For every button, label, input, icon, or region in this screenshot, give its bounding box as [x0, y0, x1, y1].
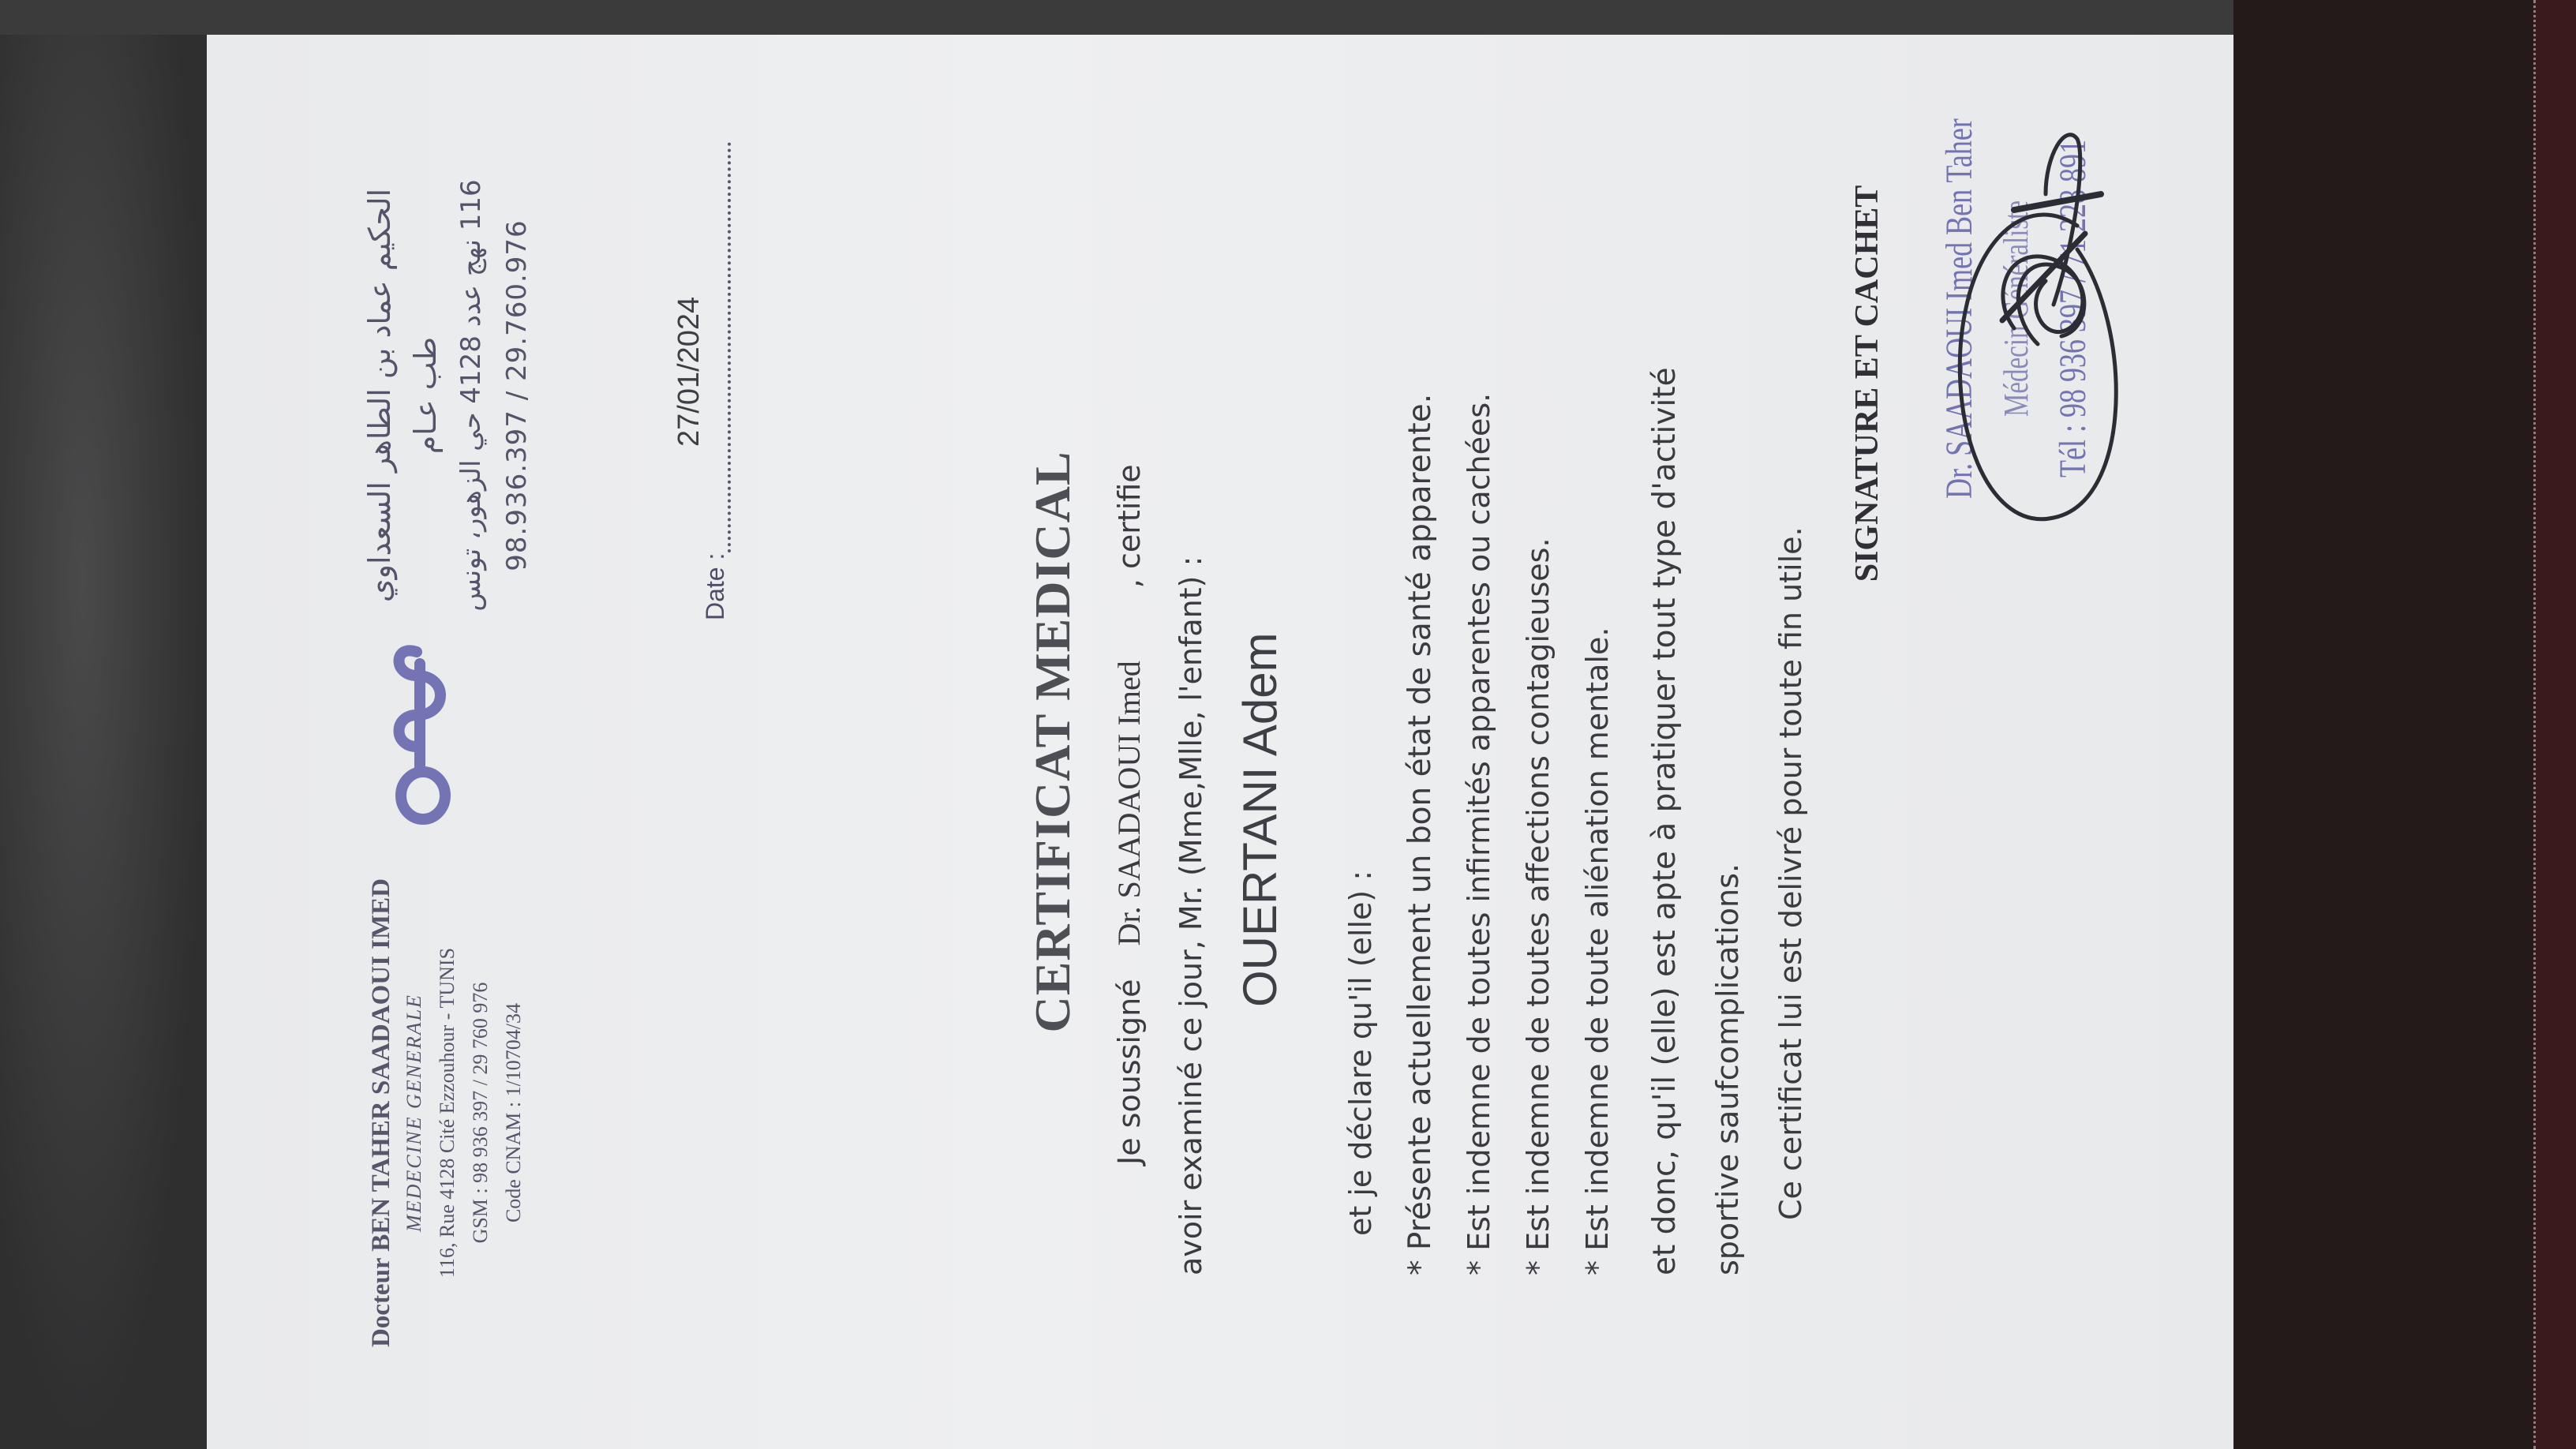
patient-name: OUERTANI Adem [1233, 35, 1287, 1007]
bullet-item: * Présente actuellement un bon état de s… [1402, 131, 1438, 1275]
doctor-name-arabic: الحكيم عماد بن الطاهر السعداوي [357, 139, 402, 652]
certificate-title: CERTIFICAT MEDICAL [1024, 35, 1082, 1449]
header-arabic: الحكيم عماد بن الطاهر السعداوي طب عـام 1… [357, 139, 540, 652]
date-dotted-line [728, 142, 731, 552]
certificate-paper: Docteur BEN TAHER SAADAOUI IMED MEDECINE… [207, 35, 2233, 1449]
declaration-intro: et je déclare qu'il (elle) : [1343, 131, 1378, 1275]
avoir-examine-line: avoir examiné ce jour, Mr. (Mme,Mlle, l'… [1174, 131, 1208, 1275]
address-header: 116, Rue 4128 Cité Ezzouhour - TUNIS [431, 837, 464, 1389]
aptitude-line: et donc, qu'il (elle) est apte à pratiqu… [1647, 131, 1683, 1275]
gsm-header: GSM : 98 936 397 / 29 760 976 [464, 837, 497, 1389]
specialty-header: MEDECINE GENERALE [398, 837, 431, 1389]
delivery-line: Ce certificat lui est delivré pour toute… [1773, 76, 1808, 1220]
header-french: Docteur BEN TAHER SAADAOUI IMED MEDECINE… [365, 837, 530, 1389]
je-soussigne: Je soussigné [1112, 979, 1147, 1165]
desk-background [0, 0, 207, 1449]
specialty-arabic: طب عـام [402, 139, 448, 652]
date-value: 27/01/2024 [672, 297, 706, 447]
bullet-item: * Est indemne de toute aliénation mental… [1580, 131, 1615, 1275]
certifie-text: , certifie [1112, 464, 1147, 588]
date-row: Date : 27/01/2024 [672, 147, 736, 620]
aptitude-line-2: sportive saufcomplications. [1710, 131, 1745, 1275]
date-label: Date : [701, 553, 730, 620]
bullet-item: * Est indemne de toutes affections conta… [1521, 131, 1556, 1275]
caduceus-logo-icon [361, 644, 480, 833]
doctor-name-header: Docteur BEN TAHER SAADAOUI IMED [365, 837, 398, 1389]
bullet-item: * Est indemne de toutes infirmités appar… [1462, 131, 1496, 1275]
desk-background-top [0, 0, 2233, 35]
signature-label: SIGNATURE ET CACHET [1848, 107, 1886, 660]
dark-surface-edge [2533, 0, 2576, 1449]
cnam-code: Code CNAM : 1/10704/34 [497, 837, 530, 1389]
certificate-page: Docteur BEN TAHER SAADAOUI IMED MEDECINE… [207, 35, 2233, 1449]
address-arabic: 116 نهج عدد 4128 حي الزهور، تونس [448, 139, 494, 652]
doctor-name-body: Dr. SAADAOUI Imed [1111, 661, 1147, 945]
phones-arabic: 98.936.397 / 29.760.976 [494, 139, 540, 652]
handwritten-signature-icon [1896, 123, 2156, 565]
soussigne-line: Je soussigné Dr. SAADAOUI Imed , certifi… [1110, 131, 1148, 1275]
dark-surface-right [2233, 0, 2533, 1449]
